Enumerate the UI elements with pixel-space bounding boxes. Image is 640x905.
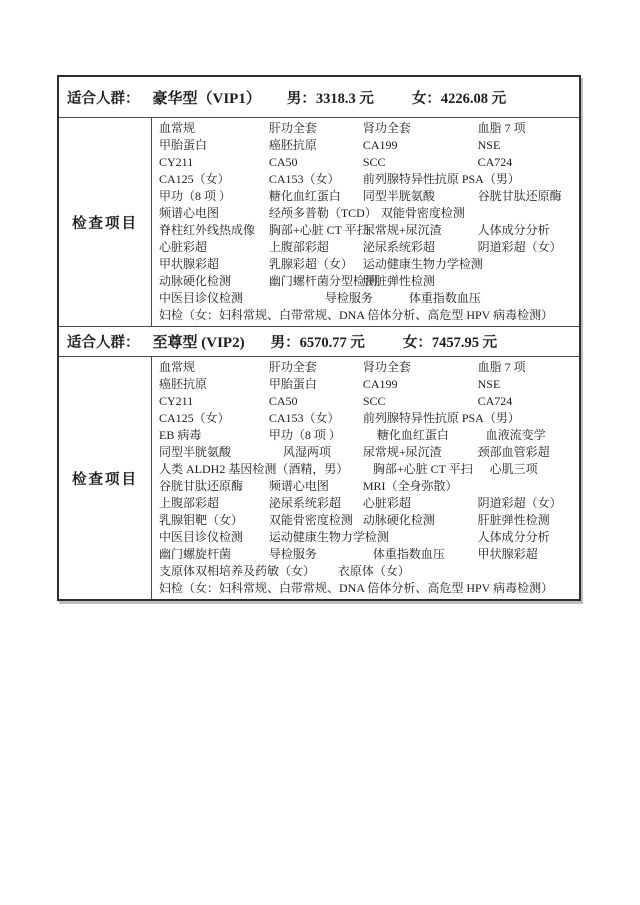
exam-item: 幽门螺旋杆菌 bbox=[159, 546, 269, 563]
exam-item: 泌尿系统彩超 bbox=[269, 495, 363, 512]
exam-item: CY211 bbox=[159, 393, 269, 410]
exam-item-row: 妇检（女：妇科常规、白带常规、DNA 倍体分析、高危型 HPV 病毒检测） bbox=[159, 580, 575, 597]
exam-item: 衣原体（女） bbox=[338, 563, 575, 580]
exam-item: 血脂 7 项 bbox=[478, 120, 575, 137]
exam-item: 甲功（8 项 ） bbox=[159, 188, 269, 205]
exam-item: 癌胚抗原 bbox=[269, 137, 363, 154]
exam-item-row: 频谱心电图经颅多普勒（TCD）双能骨密度检测 bbox=[159, 205, 575, 222]
exam-item: 血常规 bbox=[159, 359, 269, 376]
exam-item: CA153（女） bbox=[269, 171, 363, 188]
exam-item: 甲状腺彩超 bbox=[159, 256, 269, 273]
exam-item-row: CA125（女）CA153（女）前列腺特异性抗原 PSA（男） bbox=[159, 410, 575, 427]
exam-item: 心脏彩超 bbox=[363, 495, 478, 512]
exam-item: 肝脏弹性检测 bbox=[363, 273, 575, 290]
exam-item: 人类 ALDH2 基因检测（酒精，男） bbox=[159, 461, 363, 478]
exam-item-row: 幽门螺旋杆菌导检服务体重指数血压甲状腺彩超 bbox=[159, 546, 575, 563]
exam-item: 阴道彩超（女） bbox=[478, 239, 575, 256]
header-label: 适合人群： bbox=[67, 87, 140, 108]
exam-item: MRI（全身弥散） bbox=[363, 478, 575, 495]
exam-item: 动脉硬化检测 bbox=[363, 512, 478, 529]
package-header-vip1: 适合人群： 豪华型（VIP1） 男：3318.3 元 女：4226.08 元 bbox=[59, 77, 579, 118]
exam-item: CA199 bbox=[363, 376, 478, 393]
exam-item: CA50 bbox=[269, 154, 363, 171]
exam-item: 尿常规+尿沉渣 bbox=[363, 222, 478, 239]
exam-item: CA153（女） bbox=[269, 410, 363, 427]
exam-item: NSE bbox=[478, 137, 575, 154]
exam-item: 双能骨密度检测 bbox=[269, 512, 363, 529]
exam-item: 运动健康生物力学检测 bbox=[269, 529, 478, 546]
male-price: 男：3318.3 元 bbox=[287, 87, 374, 108]
exam-item: 导检服务 bbox=[325, 290, 363, 307]
exam-item-row: 谷胱甘肽还原酶频谱心电图MRI（全身弥散） bbox=[159, 478, 575, 495]
exam-item: 肝脏弹性检测 bbox=[478, 512, 575, 529]
exam-package-table: 适合人群： 豪华型（VIP1） 男：3318.3 元 女：4226.08 元 检… bbox=[57, 75, 581, 601]
exam-item: 人体成分分析 bbox=[478, 529, 575, 546]
exam-items-section-vip1: 检查项目 血常规肝功全套肾功全套血脂 7 项甲胎蛋白癌胚抗原CA199NSECY… bbox=[59, 118, 579, 327]
exam-item: 心脏彩超 bbox=[159, 239, 269, 256]
exam-item: 幽门螺杆菌分型检测 bbox=[269, 273, 363, 290]
exam-item: CA724 bbox=[478, 393, 575, 410]
exam-item: 肾功全套 bbox=[363, 120, 478, 137]
exam-item: CA724 bbox=[478, 154, 575, 171]
exam-item-row: 癌胚抗原甲胎蛋白CA199NSE bbox=[159, 376, 575, 393]
exam-item: 甲状腺彩超 bbox=[478, 546, 575, 563]
exam-item: 同型半胱氨酸 bbox=[363, 188, 478, 205]
exam-item: 上腹部彩超 bbox=[269, 239, 363, 256]
exam-item: 肾功全套 bbox=[363, 359, 478, 376]
header-label: 适合人群： bbox=[67, 331, 140, 352]
exam-item: 尿常规+尿沉渣 bbox=[363, 444, 478, 461]
package-type: 豪华型（VIP1） bbox=[153, 87, 261, 108]
section-label: 检查项目 bbox=[59, 357, 152, 599]
exam-item: SCC bbox=[363, 393, 478, 410]
female-price: 女：7457.95 元 bbox=[403, 331, 497, 352]
exam-item: 支原体双相培养及药敏（女） bbox=[159, 563, 363, 580]
exam-item: 谷胱甘肽还原酶 bbox=[159, 478, 269, 495]
exam-item: 双能骨密度检测 bbox=[381, 205, 575, 222]
exam-item: 肝功全套 bbox=[269, 359, 363, 376]
exam-item: 糖化血红蛋白 bbox=[377, 427, 478, 444]
exam-item: NSE bbox=[478, 376, 575, 393]
exam-item: 同型半胱氨酸 bbox=[159, 444, 269, 461]
exam-item: 中医目诊仪检测 bbox=[159, 290, 269, 307]
package-header-vip2: 适合人群： 至尊型 (VIP2) 男：6570.77 元 女：7457.95 元 bbox=[59, 327, 579, 357]
exam-item-row: 中医目诊仪检测运动健康生物力学检测人体成分分析 bbox=[159, 529, 575, 546]
exam-item: 甲胎蛋白 bbox=[269, 376, 363, 393]
exam-item: 前列腺特异性抗原 PSA（男） bbox=[363, 171, 575, 188]
exam-item: 妇检（女：妇科常规、白带常规、DNA 倍体分析、高危型 HPV 病毒检测） bbox=[159, 307, 575, 324]
exam-items-list: 血常规肝功全套肾功全套血脂 7 项癌胚抗原甲胎蛋白CA199NSECY211CA… bbox=[152, 357, 579, 599]
exam-item: 中医目诊仪检测 bbox=[159, 529, 269, 546]
section-label: 检查项目 bbox=[59, 118, 152, 326]
exam-item-row: 心脏彩超上腹部彩超泌尿系统彩超阴道彩超（女） bbox=[159, 239, 575, 256]
exam-item: SCC bbox=[363, 154, 478, 171]
exam-item: 谷胱甘肽还原酶 bbox=[478, 188, 575, 205]
exam-item-row: 甲功（8 项 ）糖化血红蛋白同型半胱氨酸谷胱甘肽还原酶 bbox=[159, 188, 575, 205]
exam-item: 体重指数血压 bbox=[373, 546, 478, 563]
exam-item: CA199 bbox=[363, 137, 478, 154]
exam-item-row: 乳腺钼靶（女）双能骨密度检测动脉硬化检测肝脏弹性检测 bbox=[159, 512, 575, 529]
exam-item: 人体成分分析 bbox=[478, 222, 575, 239]
exam-item-row: 支原体双相培养及药敏（女）衣原体（女） bbox=[159, 563, 575, 580]
exam-item-row: CY211CA50SCCCA724 bbox=[159, 154, 575, 171]
exam-items-section-vip2: 检查项目 血常规肝功全套肾功全套血脂 7 项癌胚抗原甲胎蛋白CA199NSECY… bbox=[59, 357, 579, 599]
exam-item: 经颅多普勒（TCD） bbox=[269, 205, 363, 222]
exam-item: 胸部+心脏 CT 平扫 bbox=[373, 461, 478, 478]
exam-item-row: CY211CA50SCCCA724 bbox=[159, 393, 575, 410]
exam-item: 频谱心电图 bbox=[159, 205, 269, 222]
exam-item: 癌胚抗原 bbox=[159, 376, 269, 393]
exam-item-row: 同型半胱氨酸风湿两项尿常规+尿沉渣颈部血管彩超 bbox=[159, 444, 575, 461]
exam-item: 血脂 7 项 bbox=[478, 359, 575, 376]
exam-item: 泌尿系统彩超 bbox=[363, 239, 478, 256]
exam-item: 糖化血红蛋白 bbox=[269, 188, 363, 205]
exam-item: CA125（女） bbox=[159, 410, 269, 427]
exam-item-row: EB 病毒甲功（8 项 ）糖化血红蛋白血液流变学 bbox=[159, 427, 575, 444]
exam-item-row: 脊柱红外线热成像胸部+心脏 CT 平扫尿常规+尿沉渣人体成分分析 bbox=[159, 222, 575, 239]
exam-item: CY211 bbox=[159, 154, 269, 171]
exam-item: 前列腺特异性抗原 PSA（男） bbox=[363, 410, 575, 427]
exam-item: 风湿两项 bbox=[283, 444, 363, 461]
exam-item: 甲胎蛋白 bbox=[159, 137, 269, 154]
exam-item: 频谱心电图 bbox=[269, 478, 363, 495]
exam-item: 肝功全套 bbox=[269, 120, 363, 137]
exam-item: 阴道彩超（女） bbox=[478, 495, 575, 512]
male-price: 男：6570.77 元 bbox=[271, 331, 365, 352]
exam-item: 血常规 bbox=[159, 120, 269, 137]
exam-item: EB 病毒 bbox=[159, 427, 269, 444]
exam-item-row: 血常规肝功全套肾功全套血脂 7 项 bbox=[159, 359, 575, 376]
exam-item-row: 人类 ALDH2 基因检测（酒精，男）胸部+心脏 CT 平扫心肌三项 bbox=[159, 461, 575, 478]
package-type: 至尊型 (VIP2) bbox=[153, 331, 245, 352]
female-price: 女：4226.08 元 bbox=[412, 87, 506, 108]
exam-item: 体重指数血压 bbox=[409, 290, 575, 307]
exam-item: 妇检（女：妇科常规、白带常规、DNA 倍体分析、高危型 HPV 病毒检测） bbox=[159, 580, 575, 597]
exam-item: 胸部+心脏 CT 平扫 bbox=[269, 222, 363, 239]
exam-item-row: 甲状腺彩超乳腺彩超（女）运动健康生物力学检测 bbox=[159, 256, 575, 273]
exam-item: 乳腺钼靶（女） bbox=[159, 512, 269, 529]
exam-item-row: CA125（女）CA153（女）前列腺特异性抗原 PSA（男） bbox=[159, 171, 575, 188]
exam-item-row: 上腹部彩超泌尿系统彩超心脏彩超阴道彩超（女） bbox=[159, 495, 575, 512]
exam-item-row: 甲胎蛋白癌胚抗原CA199NSE bbox=[159, 137, 575, 154]
exam-item: 心肌三项 bbox=[490, 461, 575, 478]
exam-item: 运动健康生物力学检测 bbox=[363, 256, 575, 273]
exam-item: CA50 bbox=[269, 393, 363, 410]
exam-item: 乳腺彩超（女） bbox=[269, 256, 363, 273]
exam-item: 血液流变学 bbox=[486, 427, 575, 444]
exam-item: 导检服务 bbox=[269, 546, 363, 563]
exam-item: 脊柱红外线热成像 bbox=[159, 222, 269, 239]
exam-item-row: 妇检（女：妇科常规、白带常规、DNA 倍体分析、高危型 HPV 病毒检测） bbox=[159, 307, 575, 324]
exam-item-row: 血常规肝功全套肾功全套血脂 7 项 bbox=[159, 120, 575, 137]
exam-items-list: 血常规肝功全套肾功全套血脂 7 项甲胎蛋白癌胚抗原CA199NSECY211CA… bbox=[152, 118, 579, 326]
exam-item: CA125（女） bbox=[159, 171, 269, 188]
exam-item-row: 动脉硬化检测幽门螺杆菌分型检测肝脏弹性检测 bbox=[159, 273, 575, 290]
exam-item-row: 中医目诊仪检测导检服务体重指数血压 bbox=[159, 290, 575, 307]
exam-item: 上腹部彩超 bbox=[159, 495, 269, 512]
exam-item: 颈部血管彩超 bbox=[478, 444, 575, 461]
exam-item: 甲功（8 项 ） bbox=[269, 427, 363, 444]
document-page: 适合人群： 豪华型（VIP1） 男：3318.3 元 女：4226.08 元 检… bbox=[0, 0, 640, 905]
exam-item: 动脉硬化检测 bbox=[159, 273, 269, 290]
